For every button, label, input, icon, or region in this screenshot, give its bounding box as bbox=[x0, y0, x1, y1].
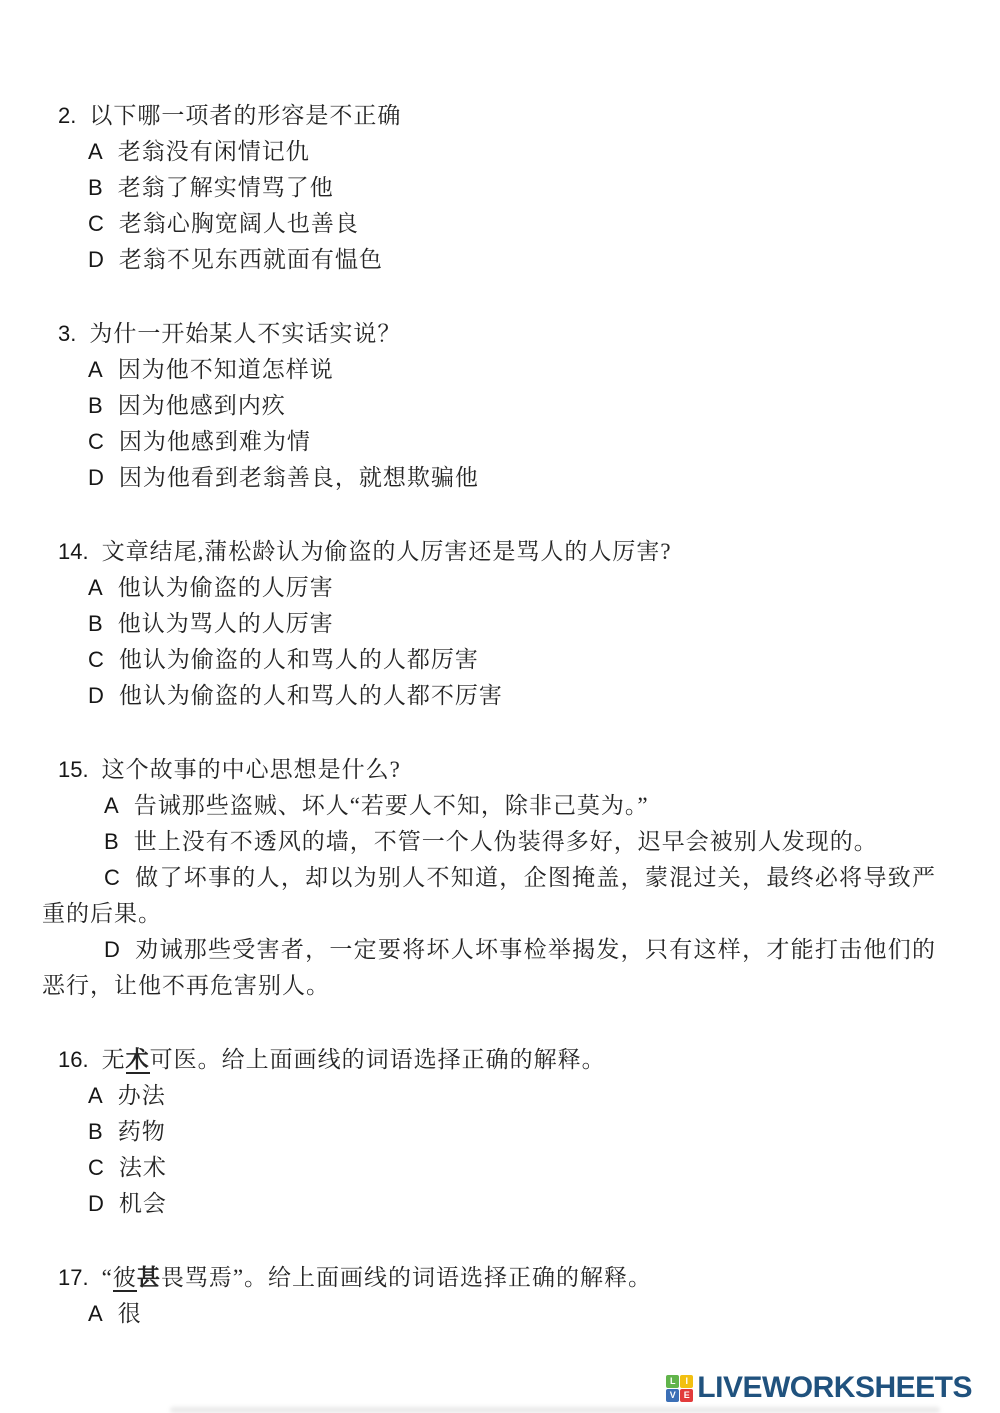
question-17: 17.“彼甚畏骂焉”。给上面画线的词语选择正确的解释。A很 bbox=[42, 1260, 960, 1332]
option-row-A: A办法 bbox=[88, 1078, 960, 1114]
option-row-B: B他认为骂人的人厉害 bbox=[88, 606, 960, 642]
option-row-D: D老翁不见东西就面有愠色 bbox=[88, 242, 960, 278]
option-text: 他认为偷盗的人和骂人的人都厉害 bbox=[119, 647, 479, 672]
logo-square-I: I bbox=[680, 1375, 693, 1388]
option-text: 他认为偷盗的人和骂人的人都不厉害 bbox=[119, 683, 503, 708]
option-row-A: A很 bbox=[88, 1296, 960, 1332]
option-text: 法术 bbox=[119, 1155, 167, 1180]
option-row-A: A告诫那些盗贼、坏人“若要人不知，除非己莫为。” bbox=[42, 788, 936, 824]
question-14: 14.文章结尾,蒲松龄认为偷盗的人厉害还是骂人的人厉害?A他认为偷盗的人厉害B他… bbox=[42, 534, 960, 714]
option-letter: A bbox=[88, 1083, 103, 1108]
option-row-A: A因为他不知道怎样说 bbox=[88, 352, 960, 388]
option-row-B: B药物 bbox=[88, 1114, 960, 1150]
option-row-B: B世上没有不透风的墙，不管一个人伪装得多好，迟早会被别人发现的。 bbox=[42, 824, 936, 860]
prompt-segment: 可医。给上面画线的词语选择正确的解释。 bbox=[150, 1047, 606, 1072]
option-letter: A bbox=[104, 793, 119, 818]
question-2: 2.以下哪一项者的形容是不正确A老翁没有闲情记仇B老翁了解实情骂了他C老翁心胸宽… bbox=[42, 98, 960, 278]
option-letter: D bbox=[88, 683, 104, 708]
option-letter: D bbox=[88, 465, 104, 490]
option-row-C: C做了坏事的人，却以为别人不知道，企图掩盖，蒙混过关，最终必将导致严重的后果。 bbox=[42, 860, 936, 932]
question-prompt: 15.这个故事的中心思想是什么? bbox=[58, 752, 960, 788]
option-text: 他认为偷盗的人厉害 bbox=[118, 575, 334, 600]
prompt-segment: 术 bbox=[126, 1047, 150, 1074]
option-text: 告诫那些盗贼、坏人“若要人不知，除非己莫为。” bbox=[134, 793, 649, 818]
option-row-D: D他认为偷盗的人和骂人的人都不厉害 bbox=[88, 678, 960, 714]
option-letter: B bbox=[88, 175, 103, 200]
option-row-C: C他认为偷盗的人和骂人的人都厉害 bbox=[88, 642, 960, 678]
option-text: 药物 bbox=[118, 1119, 166, 1144]
prompt-segment: 这个故事的中心思想是什么? bbox=[102, 757, 401, 782]
question-number: 3. bbox=[58, 321, 76, 346]
option-text: 机会 bbox=[119, 1191, 167, 1216]
question-prompt: 2.以下哪一项者的形容是不正确 bbox=[58, 98, 960, 134]
option-text: 因为他不知道怎样说 bbox=[118, 357, 334, 382]
option-letter: C bbox=[88, 211, 104, 236]
question-16: 16.无术可医。给上面画线的词语选择正确的解释。A办法B药物C法术D机会 bbox=[42, 1042, 960, 1222]
prompt-segment: 以下哪一项者的形容是不正确 bbox=[89, 103, 401, 128]
option-letter: A bbox=[88, 357, 103, 382]
option-letter: C bbox=[104, 865, 120, 890]
option-text: 老翁没有闲情记仇 bbox=[118, 139, 310, 164]
option-letter: D bbox=[88, 1191, 104, 1216]
option-row-B: B老翁了解实情骂了他 bbox=[88, 170, 960, 206]
liveworksheets-logo[interactable]: LIVE LIVEWORKSHEETS bbox=[666, 1371, 972, 1405]
option-text: 因为他看到老翁善良，就想欺骗他 bbox=[119, 465, 479, 490]
prompt-segment: 无 bbox=[102, 1047, 126, 1072]
question-3: 3.为什一开始某人不实话实说？A因为他不知道怎样说B因为他感到内疚C因为他感到难… bbox=[42, 316, 960, 496]
option-letter: A bbox=[88, 139, 103, 164]
option-row-C: C法术 bbox=[88, 1150, 960, 1186]
option-row-D: D因为他看到老翁善良，就想欺骗他 bbox=[88, 460, 960, 496]
option-letter: C bbox=[88, 1155, 104, 1180]
question-prompt: 3.为什一开始某人不实话实说？ bbox=[58, 316, 960, 352]
option-text: 因为他感到难为情 bbox=[119, 429, 311, 454]
option-text: 他认为骂人的人厉害 bbox=[118, 611, 334, 636]
prompt-segment: 甚 bbox=[137, 1265, 161, 1290]
cutoff-text-remnant bbox=[170, 1407, 940, 1413]
option-letter: D bbox=[104, 937, 120, 962]
option-letter: B bbox=[104, 829, 119, 854]
logo-square-V: V bbox=[666, 1389, 679, 1402]
option-text: 因为他感到内疚 bbox=[118, 393, 286, 418]
question-prompt: 17.“彼甚畏骂焉”。给上面画线的词语选择正确的解释。 bbox=[58, 1260, 960, 1296]
option-row-D: D机会 bbox=[88, 1186, 960, 1222]
question-number: 17. bbox=[58, 1265, 89, 1290]
option-text: 做了坏事的人，却以为别人不知道，企图掩盖，蒙混过关，最终必将导致严重的后果。 bbox=[42, 865, 936, 926]
option-text: 老翁不见东西就面有愠色 bbox=[119, 247, 383, 272]
option-letter: B bbox=[88, 393, 103, 418]
liveworksheets-wordmark: LIVEWORKSHEETS bbox=[697, 1371, 972, 1405]
question-prompt: 14.文章结尾,蒲松龄认为偷盗的人厉害还是骂人的人厉害? bbox=[58, 534, 960, 570]
option-letter: C bbox=[88, 647, 104, 672]
option-letter: A bbox=[88, 575, 103, 600]
option-letter: D bbox=[88, 247, 104, 272]
option-letter: A bbox=[88, 1301, 103, 1326]
questions: 2.以下哪一项者的形容是不正确A老翁没有闲情记仇B老翁了解实情骂了他C老翁心胸宽… bbox=[42, 98, 960, 1370]
option-row-D: D劝诫那些受害者，一定要将坏人坏事检举揭发，只有这样，才能打击他们的恶行，让他不… bbox=[42, 932, 936, 1004]
option-row-A: A老翁没有闲情记仇 bbox=[88, 134, 960, 170]
prompt-segment: 彼 bbox=[113, 1265, 137, 1292]
option-letter: C bbox=[88, 429, 104, 454]
option-letter: B bbox=[88, 1119, 103, 1144]
question-15: 15.这个故事的中心思想是什么?A告诫那些盗贼、坏人“若要人不知，除非己莫为。”… bbox=[42, 752, 960, 1004]
option-text: 老翁心胸宽阔人也善良 bbox=[119, 211, 359, 236]
worksheet-page: { "page": { "background": "#ffffff", "te… bbox=[0, 0, 1000, 1413]
option-text: 老翁了解实情骂了他 bbox=[118, 175, 334, 200]
question-number: 14. bbox=[58, 539, 89, 564]
option-row-B: B因为他感到内疚 bbox=[88, 388, 960, 424]
prompt-segment: 畏骂焉”。给上面画线的词语选择正确的解释。 bbox=[161, 1265, 652, 1290]
question-number: 16. bbox=[58, 1047, 89, 1072]
question-number: 15. bbox=[58, 757, 89, 782]
logo-square-E: E bbox=[680, 1389, 693, 1402]
question-prompt: 16.无术可医。给上面画线的词语选择正确的解释。 bbox=[58, 1042, 960, 1078]
prompt-segment: 为什一开始某人不实话实说？ bbox=[89, 321, 401, 346]
logo-square-L: L bbox=[666, 1375, 679, 1388]
option-text: 世上没有不透风的墙，不管一个人伪装得多好，迟早会被别人发现的。 bbox=[134, 829, 878, 854]
option-row-A: A他认为偷盗的人厉害 bbox=[88, 570, 960, 606]
option-text: 办法 bbox=[118, 1083, 166, 1108]
option-text: 很 bbox=[118, 1301, 142, 1326]
prompt-segment: 文章结尾,蒲松龄认为偷盗的人厉害还是骂人的人厉害? bbox=[102, 539, 672, 564]
option-letter: B bbox=[88, 611, 103, 636]
option-row-C: C因为他感到难为情 bbox=[88, 424, 960, 460]
liveworksheets-grid-icon: LIVE bbox=[666, 1375, 693, 1402]
option-text: 劝诫那些受害者，一定要将坏人坏事检举揭发，只有这样，才能打击他们的恶行，让他不再… bbox=[42, 937, 936, 998]
prompt-segment: “ bbox=[102, 1265, 113, 1290]
question-number: 2. bbox=[58, 103, 76, 128]
option-row-C: C老翁心胸宽阔人也善良 bbox=[88, 206, 960, 242]
